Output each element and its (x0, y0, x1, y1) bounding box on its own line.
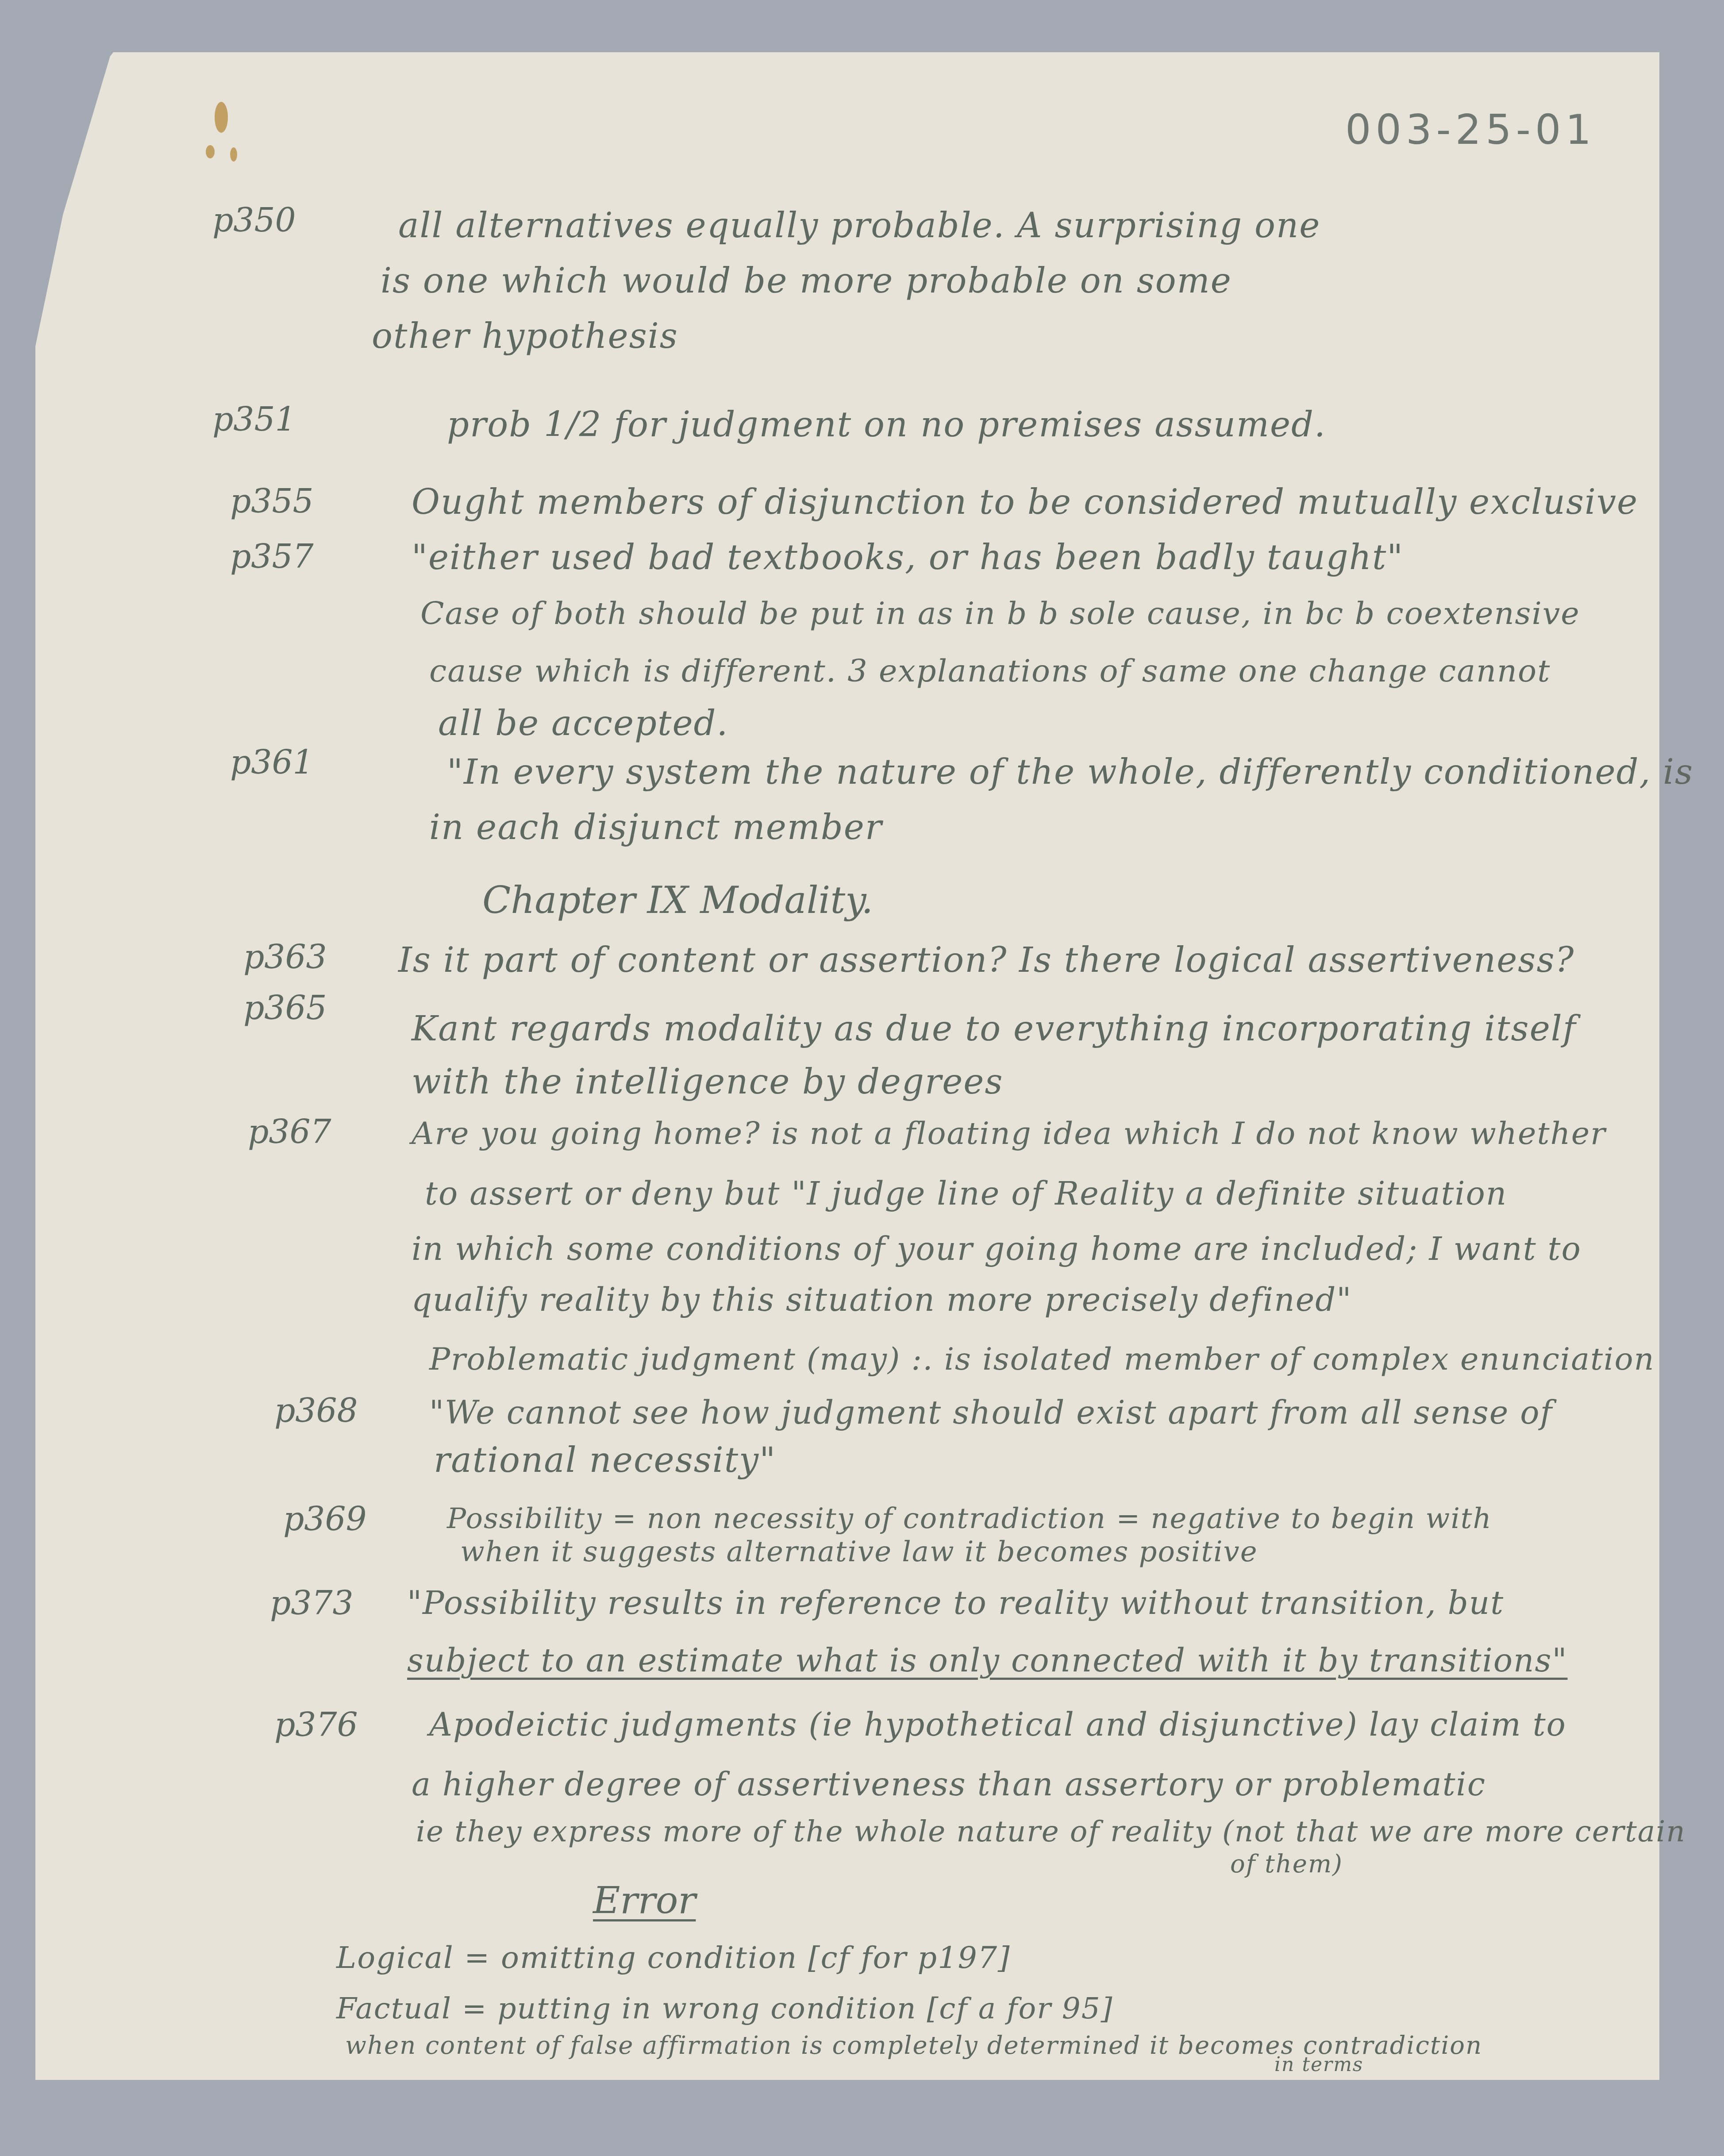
note-line: to assert or deny but "I judge line of R… (425, 1175, 1507, 1212)
rust-stain (230, 147, 237, 162)
page-ref: p367 (248, 1113, 331, 1151)
note-line: a higher degree of assertiveness than as… (412, 1766, 1486, 1803)
page-ref: p361 (230, 743, 314, 782)
note-line: "either used bad textbooks, or has been … (412, 538, 1404, 577)
note-line: other hypothesis (372, 316, 678, 356)
note-line: Apodeictic judgments (ie hypothetical an… (429, 1706, 1566, 1743)
note-line: Logical = omitting condition [cf for p19… (336, 1940, 1010, 1975)
note-line: Is it part of content or assertion? Is t… (398, 940, 1574, 980)
page-ref: p350 (212, 201, 296, 239)
note-line: when it suggests alternative law it beco… (460, 1536, 1258, 1568)
note-line: Are you going home? is not a floating id… (412, 1115, 1606, 1151)
note-line: "Possibility results in reference to rea… (407, 1584, 1504, 1621)
note-line: "We cannot see how judgment should exist… (429, 1394, 1553, 1431)
note-line: all be accepted. (438, 704, 728, 743)
note-line: of them) (1230, 1850, 1343, 1879)
note-line: Possibility = non necessity of contradic… (447, 1502, 1492, 1535)
rust-stain (215, 102, 228, 133)
note-line: Case of both should be put in as in b b … (420, 595, 1580, 631)
note-line: Factual = putting in wrong condition [cf… (336, 1991, 1113, 2025)
chapter-heading: Chapter IX Modality. (482, 878, 873, 922)
page-ref: p357 (230, 538, 314, 576)
note-line: rational necessity" (434, 1440, 776, 1480)
section-heading: Error (593, 1879, 696, 1922)
note-line: Kant regards modality as due to everythi… (412, 1009, 1577, 1049)
page-ref: p351 (212, 400, 296, 439)
note-line: qualify reality by this situation more p… (412, 1281, 1352, 1318)
page-ref: p363 (243, 938, 327, 976)
page-ref: p373 (270, 1584, 354, 1622)
page-ref: p368 (274, 1392, 358, 1430)
note-line: in terms (1274, 2053, 1363, 2076)
note-line: Ought members of disjunction to be consi… (412, 482, 1638, 522)
catalog-number: 003-25-01 (1345, 106, 1596, 154)
note-line: with the intelligence by degrees (412, 1062, 1004, 1102)
note-line: all alternatives equally probable. A sur… (398, 206, 1320, 246)
rust-stain (206, 145, 215, 158)
note-line: cause which is different. 3 explanations… (429, 653, 1551, 689)
note-line: "In every system the nature of the whole… (447, 752, 1693, 792)
note-line: in which some conditions of your going h… (412, 1230, 1582, 1267)
note-line: Problematic judgment (may) :. is isolate… (429, 1341, 1655, 1377)
note-line: ie they express more of the whole nature… (416, 1814, 1686, 1848)
page-ref: p365 (243, 989, 327, 1027)
page-ref: p355 (230, 482, 314, 520)
page-ref: p376 (274, 1706, 358, 1744)
note-line: prob 1/2 for judgment on no premises ass… (447, 405, 1326, 445)
page-ref: p369 (283, 1500, 367, 1538)
note-line: in each disjunct member (429, 808, 882, 847)
note-line: subject to an estimate what is only conn… (407, 1642, 1568, 1679)
